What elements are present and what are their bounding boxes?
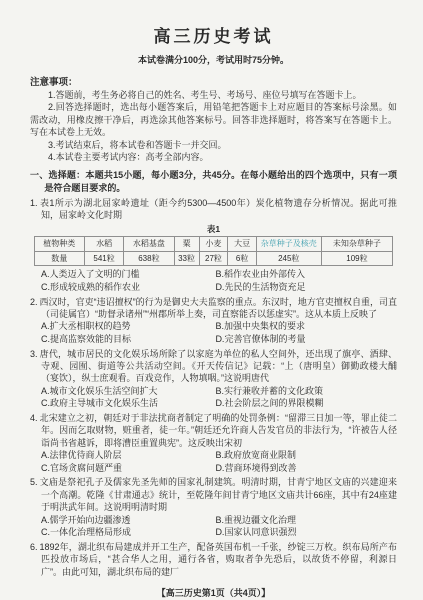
option-a: A.法律优待商人阶层: [41, 449, 215, 462]
table-header-cell: 大豆: [228, 237, 257, 252]
question-3-text: 唐代，城市居民的文化娱乐场所除了以家庭为单位的私人空间外，还出现了旗亭、酒肆、寺…: [40, 349, 397, 384]
question-6-text: 1892年，湖北织布局建成并开工生产，配备英国布机一千张，纱锭三万枚。织布局所产…: [40, 542, 397, 577]
option-b: B.政府放宽商业限制: [215, 449, 397, 462]
section-one-heading: 一、选择题：本题共15小题，每小题3分，共45分。在每小题给出的四个选项中，只有…: [30, 169, 397, 194]
page-footer: 【高三历史第1页（共4页）】: [30, 586, 397, 599]
question-1-options: A.人类迈入了文明的门槛 B.稻作农业由外部传入 C.形成较成熟的稻作农业 D.…: [30, 268, 397, 293]
question-1: 1.表1所示为湖北屈家岭遗址（距今约5300—4500年）炭化植物遗存分析情况。…: [30, 197, 397, 294]
option-d: D.先民的生活物资充足: [215, 281, 397, 294]
question-2-stem: 2.西汉时，官吏“违诏擅权”的行为是御史大夫监察的重点。东汉时，地方官吏擅权自重…: [30, 296, 397, 321]
question-3-stem: 3.唐代，城市居民的文化娱乐场所除了以家庭为单位的私人空间外，还出现了旗亭、酒肆…: [30, 348, 397, 385]
question-6-number: 6.: [30, 542, 40, 552]
exam-page: 高三历史考试 本试卷满分100分，考试用时75分钟。 注意事项： 1.答题前，考…: [0, 0, 423, 600]
table-cell: 245粒: [256, 251, 321, 266]
table-cell: 数量: [34, 251, 84, 266]
option-a: A.人类迈入了文明的门槛: [41, 268, 215, 281]
question-5-number: 5.: [30, 477, 40, 487]
question-4-stem: 4.北宋建立之初，朝廷对于非法扰商者制定了明确的处罚条例：“留滞三日加一等，罪止…: [30, 412, 397, 449]
question-2-text: 西汉时，官吏“违诏擅权”的行为是御史大夫监察的重点。东汉时，地方官吏擅权自重，司…: [40, 297, 397, 319]
exam-subtitle: 本试卷满分100分，考试用时75分钟。: [30, 53, 397, 66]
option-b: B.稻作农业由外部传入: [215, 268, 397, 281]
table-header-cell: 水稻基盘: [124, 237, 174, 252]
table-cell: 541粒: [84, 251, 123, 266]
table-header-cell: 小麦: [199, 237, 228, 252]
table-row: 数量 541粒 638粒 33粒 27粒 6粒 245粒 109粒: [34, 251, 393, 266]
option-b: B.重视边疆文化治理: [215, 514, 397, 527]
table-header-cell: 植物种类: [34, 237, 84, 252]
table-header-cell: 未知杂草种子: [321, 237, 393, 252]
option-d: D.完善官僚体制的考量: [215, 333, 397, 346]
notice-item-4: 4.本试卷主要考试内容：高考全部内容。: [30, 151, 397, 163]
question-5: 5.文庙是祭祀孔子及儒家先圣先师的国家礼制建筑。明清时期，甘青宁地区文庙的兴建迎…: [30, 476, 397, 538]
plant-remains-table: 植物种类 水稻 水稻基盘 粟 小麦 大豆 杂草种子及核壳 未知杂草种子 数量 5…: [34, 236, 394, 266]
table-cell: 33粒: [174, 251, 199, 266]
table-header-cell: 水稻: [84, 237, 123, 252]
table-caption: 表1: [30, 223, 397, 235]
question-6: 6.1892年，湖北织布局建成并开工生产，配备英国布机一千张，纱锭三万枚。织布局…: [30, 541, 397, 578]
question-4-text: 北宋建立之初，朝廷对于非法扰商者制定了明确的处罚条例：“留滞三日加一等，罪止徒二…: [40, 413, 397, 448]
question-5-options: A.儒学开始向边疆渗透 B.重视边疆文化治理 C.一体化治理格局形成 D.国家认…: [30, 514, 397, 539]
question-3-options: A.城市文化娱乐生活空间扩大 B.实行兼收并蓄的文化政策 C.政府主导城市文化娱…: [30, 385, 397, 410]
option-b: B.加强中央集权的要求: [215, 320, 397, 333]
question-2-options: A.扩大丞相职权的趋势 B.加强中央集权的要求 C.提高监察效能的目标 D.完善…: [30, 320, 397, 345]
option-a: A.儒学开始向边疆渗透: [41, 514, 215, 527]
option-d: D.营商环境得到改善: [215, 462, 397, 475]
notice-item-3: 3.考试结束后，将本试卷和答题卡一并交回。: [30, 139, 397, 151]
table-header-cell: 粟: [174, 237, 199, 252]
option-c: C.形成较成熟的稻作农业: [41, 281, 215, 294]
table-cell: 109粒: [321, 251, 393, 266]
exam-title: 高三历史考试: [30, 22, 397, 47]
question-1-text: 表1所示为湖北屈家岭遗址（距今约5300—4500年）炭化植物遗存分析情况。据此…: [40, 198, 397, 220]
question-6-stem: 6.1892年，湖北织布局建成并开工生产，配备英国布机一千张，纱锭三万枚。织布局…: [30, 541, 397, 578]
option-c: C.一体化治理格局形成: [41, 526, 215, 539]
table-cell: 638粒: [124, 251, 174, 266]
option-a: A.扩大丞相职权的趋势: [41, 320, 215, 333]
table-cell: 6粒: [228, 251, 257, 266]
notice-heading: 注意事项：: [30, 76, 397, 89]
notice-section: 注意事项： 1.答题前，考生务必将自己的姓名、考生号、考场号、座位号填写在答题卡…: [30, 76, 397, 163]
option-d: D.国家认同意识强烈: [215, 526, 397, 539]
table-cell: 27粒: [199, 251, 228, 266]
question-2-number: 2.: [30, 297, 40, 307]
question-1-stem: 1.表1所示为湖北屈家岭遗址（距今约5300—4500年）炭化植物遗存分析情况。…: [30, 197, 397, 222]
option-c: C.政府主导城市文化娱乐生活: [41, 397, 215, 410]
question-1-number: 1.: [30, 198, 40, 208]
table-header-cell: 杂草种子及核壳: [256, 237, 321, 252]
option-c: C.官场贪腐问题严重: [41, 462, 215, 475]
option-d: D.社会阶层之间的界限模糊: [215, 397, 397, 410]
question-4-number: 4.: [30, 413, 40, 423]
notice-item-2: 2.回答选择题时，选出每小题答案后，用铅笔把答题卡上对应题目的答案标号涂黑。如需…: [30, 101, 397, 138]
option-c: C.提高监察效能的目标: [41, 333, 215, 346]
question-4: 4.北宋建立之初，朝廷对于非法扰商者制定了明确的处罚条例：“留滞三日加一等，罪止…: [30, 412, 397, 474]
question-5-text: 文庙是祭祀孔子及儒家先圣先师的国家礼制建筑。明清时期，甘青宁地区文庙的兴建迎来一…: [40, 477, 397, 512]
notice-item-1: 1.答题前，考生务必将自己的姓名、考生号、考场号、座位号填写在答题卡上。: [30, 89, 397, 101]
table-header-row: 植物种类 水稻 水稻基盘 粟 小麦 大豆 杂草种子及核壳 未知杂草种子: [34, 237, 393, 252]
question-5-stem: 5.文庙是祭祀孔子及儒家先圣先师的国家礼制建筑。明清时期，甘青宁地区文庙的兴建迎…: [30, 476, 397, 513]
question-4-options: A.法律优待商人阶层 B.政府放宽商业限制 C.官场贪腐问题严重 D.营商环境得…: [30, 449, 397, 474]
option-a: A.城市文化娱乐生活空间扩大: [41, 385, 215, 398]
question-3: 3.唐代，城市居民的文化娱乐场所除了以家庭为单位的私人空间外，还出现了旗亭、酒肆…: [30, 348, 397, 410]
option-b: B.实行兼收并蓄的文化政策: [215, 385, 397, 398]
question-2: 2.西汉时，官吏“违诏擅权”的行为是御史大夫监察的重点。东汉时，地方官吏擅权自重…: [30, 296, 397, 346]
question-3-number: 3.: [30, 349, 40, 359]
